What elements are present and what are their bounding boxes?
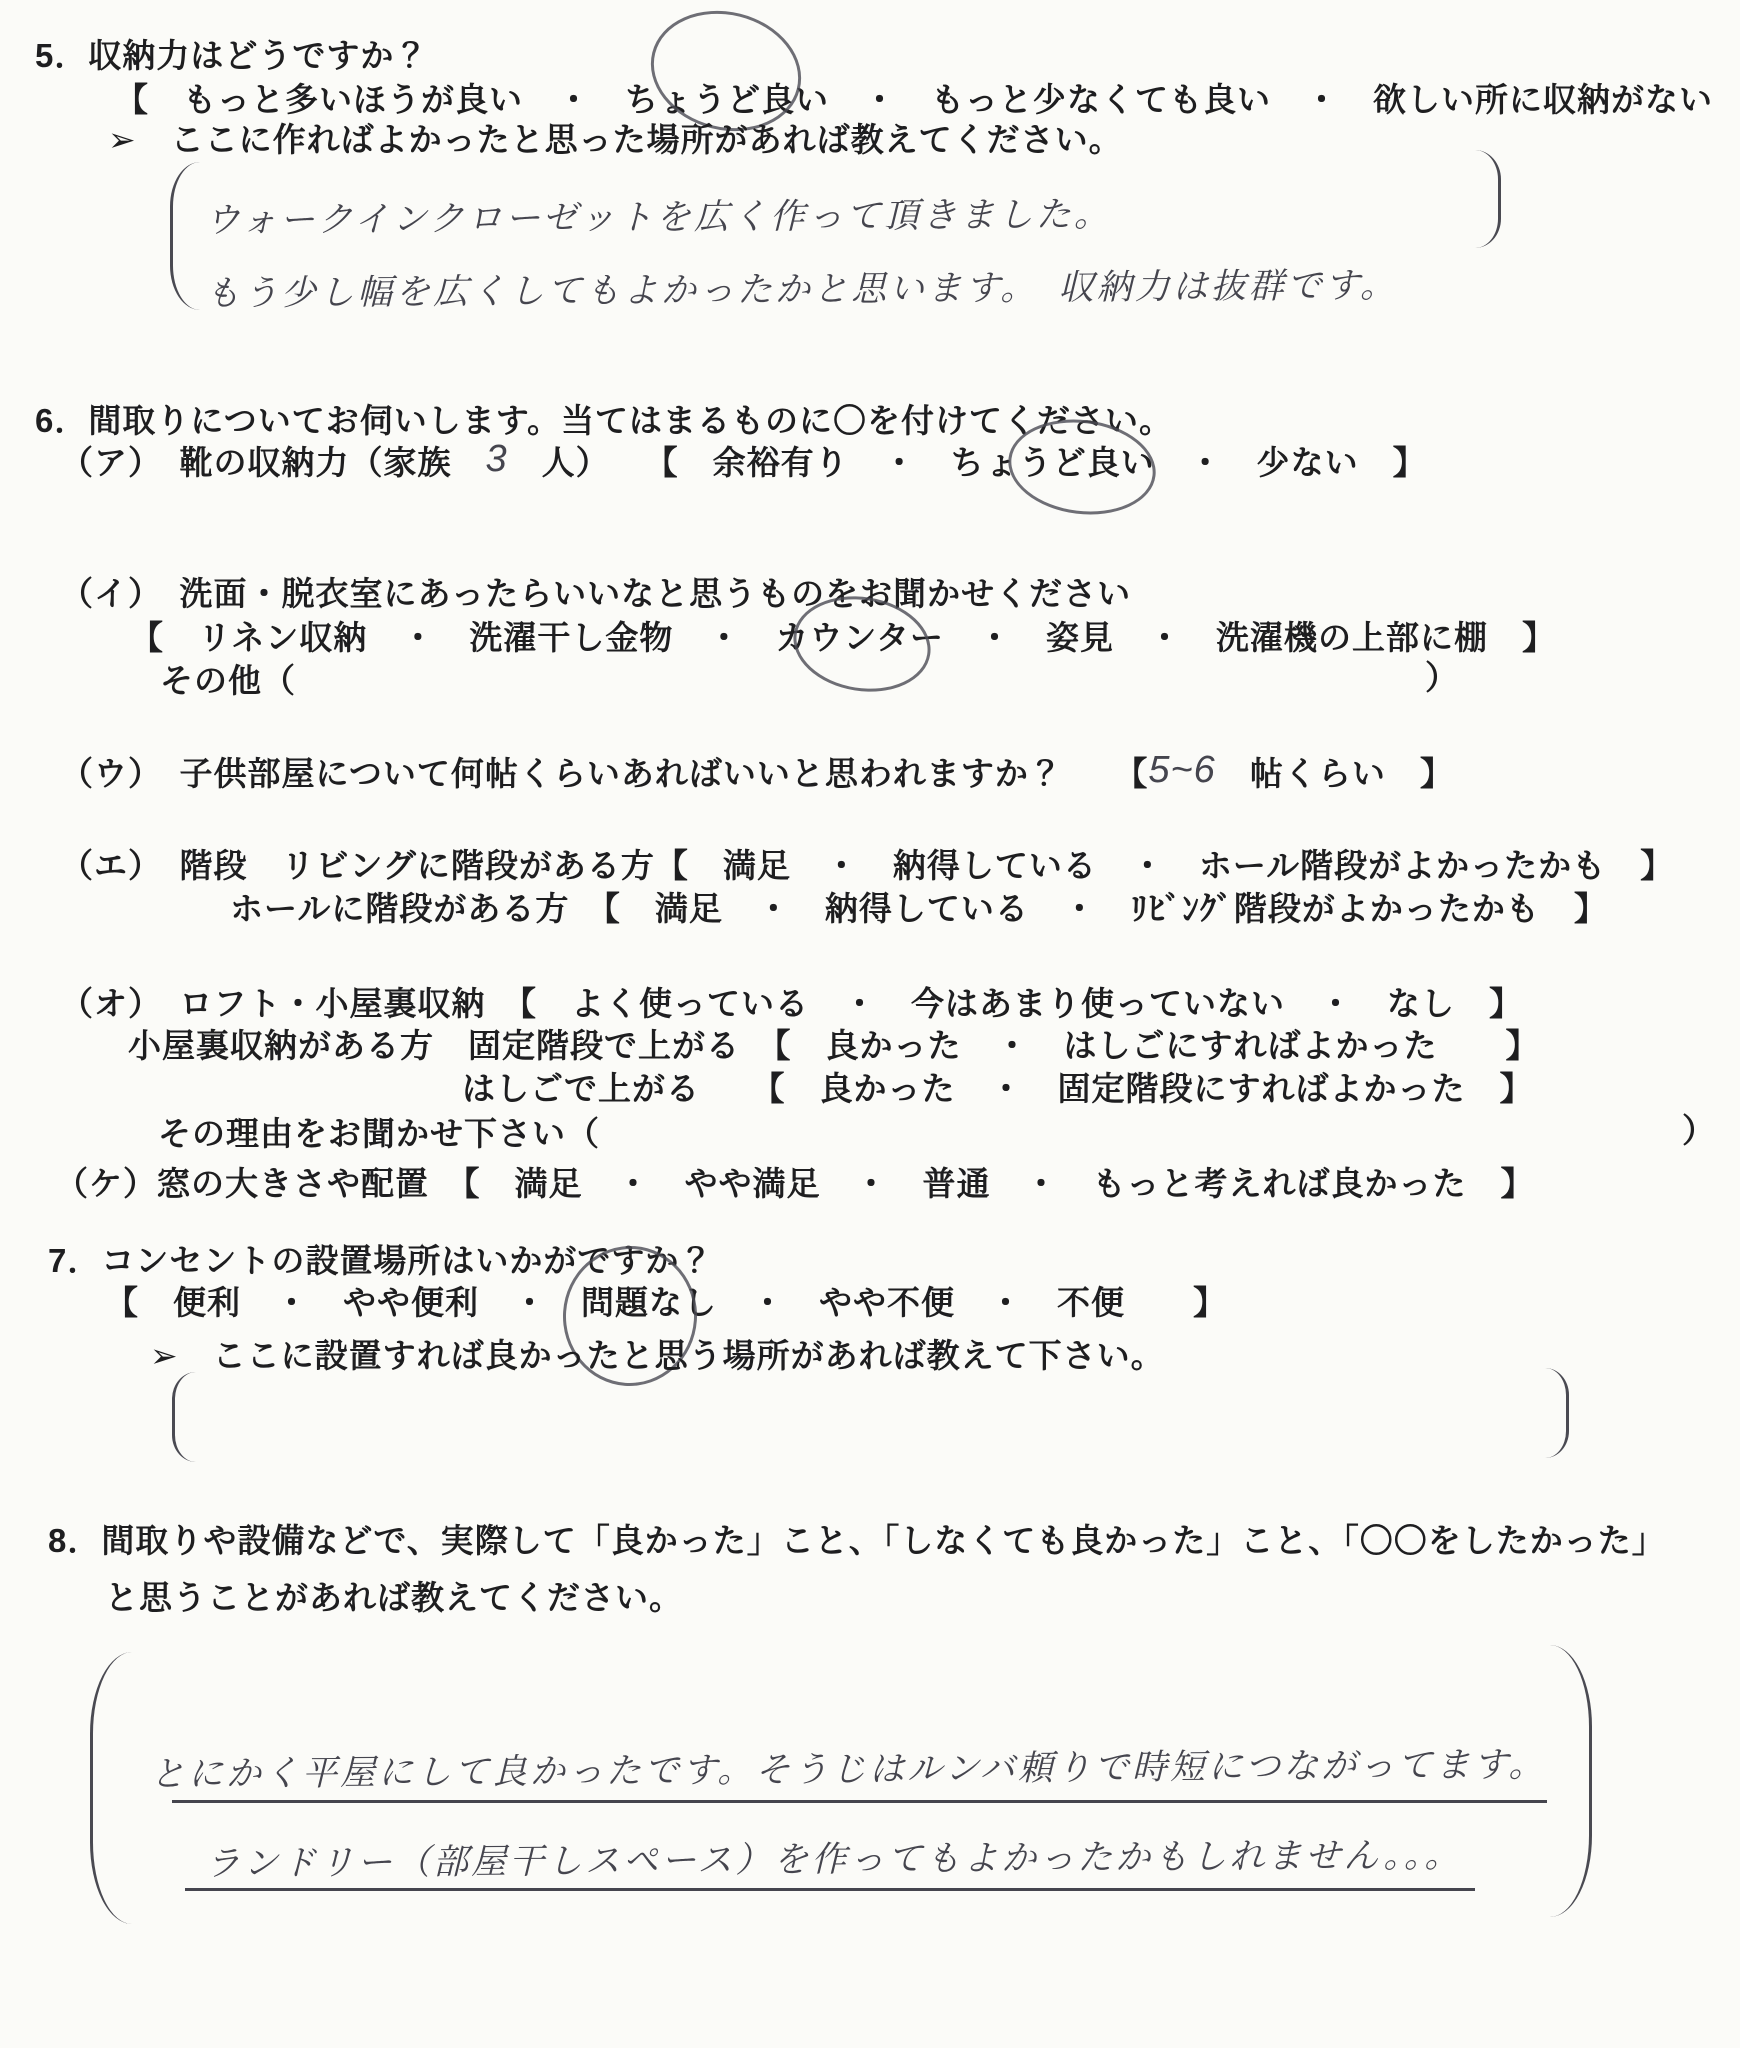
q5-answer-bracket-left [170, 162, 200, 310]
q6-item-o-line2: 小屋裏収納がある方 固定階段で上がる 【 良かった ・ はしごにすればよかった … [128, 1020, 1540, 1067]
q6-u-prefix: （ウ） 子供部屋について何帖くらいあればいいと思われますか？ 【 [60, 755, 1148, 792]
q8-answer-bracket-right [1550, 1645, 1592, 1917]
q6-u-handwritten-value: 5~6 [1148, 749, 1215, 791]
q7-answer-bracket-left [172, 1372, 196, 1462]
q6-u-suffix: 帖くらい 】 [1216, 755, 1454, 792]
q5-prompt: ➢ ここに作ればよかったと思った場所があれば教えてください。 [108, 114, 1123, 161]
q8-handwritten-answer-1: とにかく平屋にして良かったです。そうじはルンバ頼りで時短につながってます。 [150, 1737, 1547, 1797]
q6-item-o-line1: （オ） ロフト・小屋裏収納 【 よく使っている ・ 今はあまり使っていない ・ … [60, 978, 1523, 1025]
q8-title-line1: 8．間取りや設備などで、実際して「良かった」こと、「しなくても良かった」こと、「… [48, 1515, 1666, 1562]
q8-handwritten-answer-2: ランドリー（部屋干しスペース）を作ってもよかったかもしれません。。。 [205, 1828, 1463, 1887]
q5-answer-bracket-right [1475, 150, 1501, 248]
q6-title: 6．間取りについてお伺いします。当てはまるものに〇を付けてください。 [35, 395, 1173, 442]
q8-title-line2: と思うことがあれば教えてください。 [105, 1572, 683, 1619]
q6-item-i-label: （イ） 洗面・脱衣室にあったらいいなと思うものをお聞かせください [60, 568, 1131, 615]
q6-i-other-close-paren: ） [1425, 652, 1459, 699]
q8-answer-bracket-left [90, 1652, 132, 1924]
q6-o-reason-close-paren: ） [1682, 1105, 1716, 1152]
q5-handwritten-answer-1: ウォークインクローゼットを広く作って頂きました。 [205, 187, 1112, 243]
q6-item-a: （ア） 靴の収納力（家族 3 人） 【 余裕有り ・ ちょうど良い ・ 少ない … [60, 437, 1427, 484]
q6-item-e-line2: ホールに階段がある方 【 満足 ・ 納得している ・ ﾘﾋﾞﾝｸﾞ階段がよかった… [230, 883, 1608, 930]
q6-item-e-line1: （エ） 階段 リビングに階段がある方【 満足 ・ 納得している ・ ホール階段が… [60, 840, 1674, 887]
q8-answer-underline-1 [172, 1800, 1547, 1803]
q8-answer-underline-2 [185, 1888, 1475, 1891]
q6-item-u: （ウ） 子供部屋について何帖くらいあればいいと思われますか？ 【5~6 帖くらい… [60, 748, 1454, 795]
q5-title: 5．収納力はどうですか？ [35, 30, 428, 77]
q6-item-o-line3: はしごで上がる 【 良かった ・ 固定階段にすればよかった 】 [462, 1063, 1534, 1110]
q7-answer-bracket-right [1545, 1368, 1569, 1458]
q6-i-other-label: その他（ [160, 655, 296, 702]
q6-item-ke: （ケ）窓の大きさや配置 【 満足 ・ やや満足 ・ 普通 ・ もっと考えれば良か… [55, 1158, 1535, 1205]
scanned-survey-page: 5．収納力はどうですか？ 【 もっと多いほうが良い ・ ちょうど良い ・ もっと… [0, 0, 1740, 2048]
q6-o-reason-label: その理由をお聞かせ下さい（ [158, 1108, 600, 1155]
q6-a-prefix: （ア） 靴の収納力（家族 [60, 444, 486, 481]
q6-a-suffix: 人） 【 余裕有り ・ ちょうど良い ・ 少ない 】 [508, 444, 1427, 481]
q7-prompt: ➢ ここに設置すれば良かったと思う場所があれば教えて下さい。 [150, 1330, 1165, 1377]
q5-handwritten-answer-2: もう少し幅を広くしてもよかったかと思います。 収納力は抜群です。 [205, 258, 1398, 316]
q6-a-handwritten-value: 3 [486, 438, 508, 480]
